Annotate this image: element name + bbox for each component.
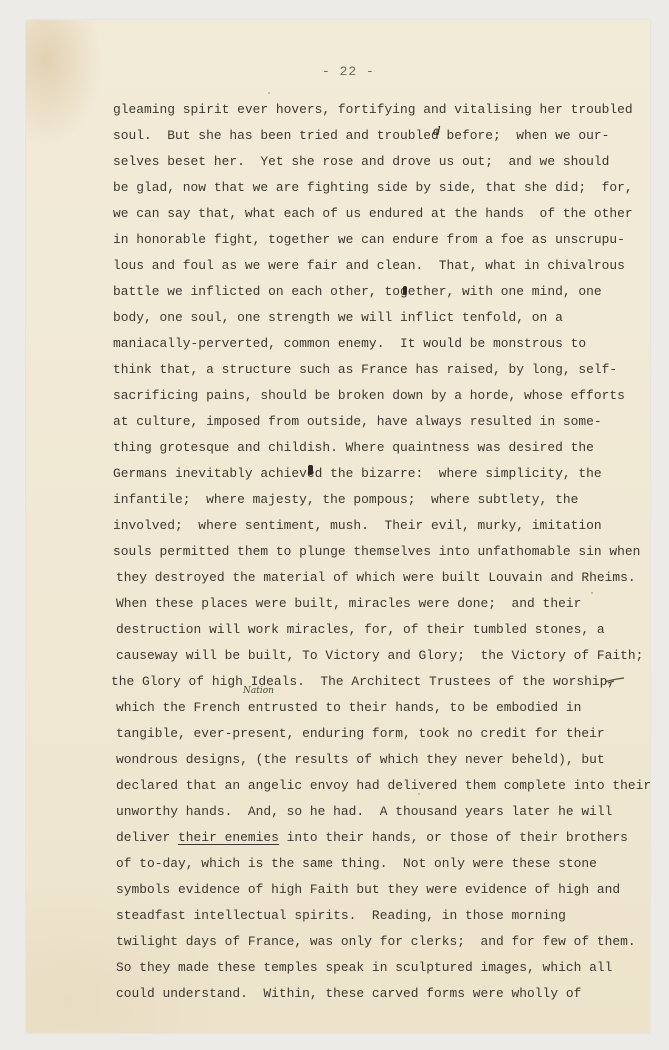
- text-line: body, one soul, one strength we will inf…: [113, 308, 651, 334]
- text-line: So they made these temples speak in scul…: [116, 958, 651, 984]
- text-line: wondrous designs, (the results of which …: [116, 750, 651, 776]
- text-line: soul. But she has been tried and trouble…: [113, 126, 651, 152]
- paper-speck: [591, 592, 593, 594]
- text-line: battle we inflicted on each other, toget…: [113, 282, 651, 308]
- text-line: gleaming spirit ever hovers, fortifying …: [113, 100, 651, 126]
- text-line: unworthy hands. And, so he had. A thousa…: [116, 802, 651, 828]
- text-line: selves beset her. Yet she rose and drove…: [113, 152, 651, 178]
- text-line: involved; where sentiment, mush. Their e…: [113, 516, 651, 542]
- text-line: lous and foul as we were fair and clean.…: [113, 256, 651, 282]
- text-segment: into their hands, or those of their brot…: [279, 830, 628, 845]
- paper-speck: [418, 793, 420, 795]
- text-line: they destroyed the material of which wer…: [116, 568, 651, 594]
- text-line: When these places were built, miracles w…: [116, 594, 651, 620]
- text-line: be glad, now that we are fighting side b…: [113, 178, 651, 204]
- text-line-with-underline: deliver their enemies into their hands, …: [116, 828, 651, 854]
- text-line: sacrificing pains, should be broken down…: [113, 386, 651, 412]
- text-line: tangible, ever-present, enduring form, t…: [116, 724, 651, 750]
- paper-speck: [268, 92, 270, 94]
- text-line: we can say that, what each of us endured…: [113, 204, 651, 230]
- text-line: of to-day, which is the same thing. Not …: [116, 854, 651, 880]
- text-line: which the French entrusted to their hand…: [116, 698, 651, 724]
- text-line: in honorable fight, together we can endu…: [113, 230, 651, 256]
- text-line: at culture, imposed from outside, have a…: [113, 412, 651, 438]
- underlined-phrase: their enemies: [178, 830, 279, 845]
- text-line: souls permitted them to plunge themselve…: [113, 542, 651, 568]
- text-line: steadfast intellectual spirits. Reading,…: [116, 906, 651, 932]
- ink-overstrike-mark: [308, 465, 313, 475]
- typewritten-body: gleaming spirit ever hovers, fortifying …: [113, 100, 651, 1010]
- text-line: symbols evidence of high Faith but they …: [116, 880, 651, 906]
- text-line: infantile; where majesty, the pompous; w…: [113, 490, 651, 516]
- page-number: - 22 -: [322, 64, 375, 79]
- text-line: declared that an angelic envoy had deliv…: [116, 776, 651, 802]
- text-line: destruction will work miracles, for, of …: [116, 620, 651, 646]
- handwritten-comma-mark: [604, 676, 626, 686]
- text-line: maniacally-perverted, common enemy. It w…: [113, 334, 651, 360]
- text-line: the Glory of high Ideals. The Architect …: [111, 672, 651, 698]
- handwritten-correction-mark: d: [433, 124, 441, 138]
- text-line: twilight days of France, was only for cl…: [116, 932, 651, 958]
- text-line: could understand. Within, these carved f…: [116, 984, 651, 1010]
- text-segment: deliver: [116, 830, 178, 845]
- text-line: thing grotesque and childish. Where quai…: [113, 438, 651, 464]
- text-line: causeway will be built, To Victory and G…: [116, 646, 651, 672]
- ink-overstrike-mark: [403, 286, 407, 295]
- text-line: think that, a structure such as France h…: [113, 360, 651, 386]
- text-line: Germans inevitably achieved the bizarre:…: [113, 464, 651, 490]
- handwritten-insert: Nation: [243, 686, 274, 696]
